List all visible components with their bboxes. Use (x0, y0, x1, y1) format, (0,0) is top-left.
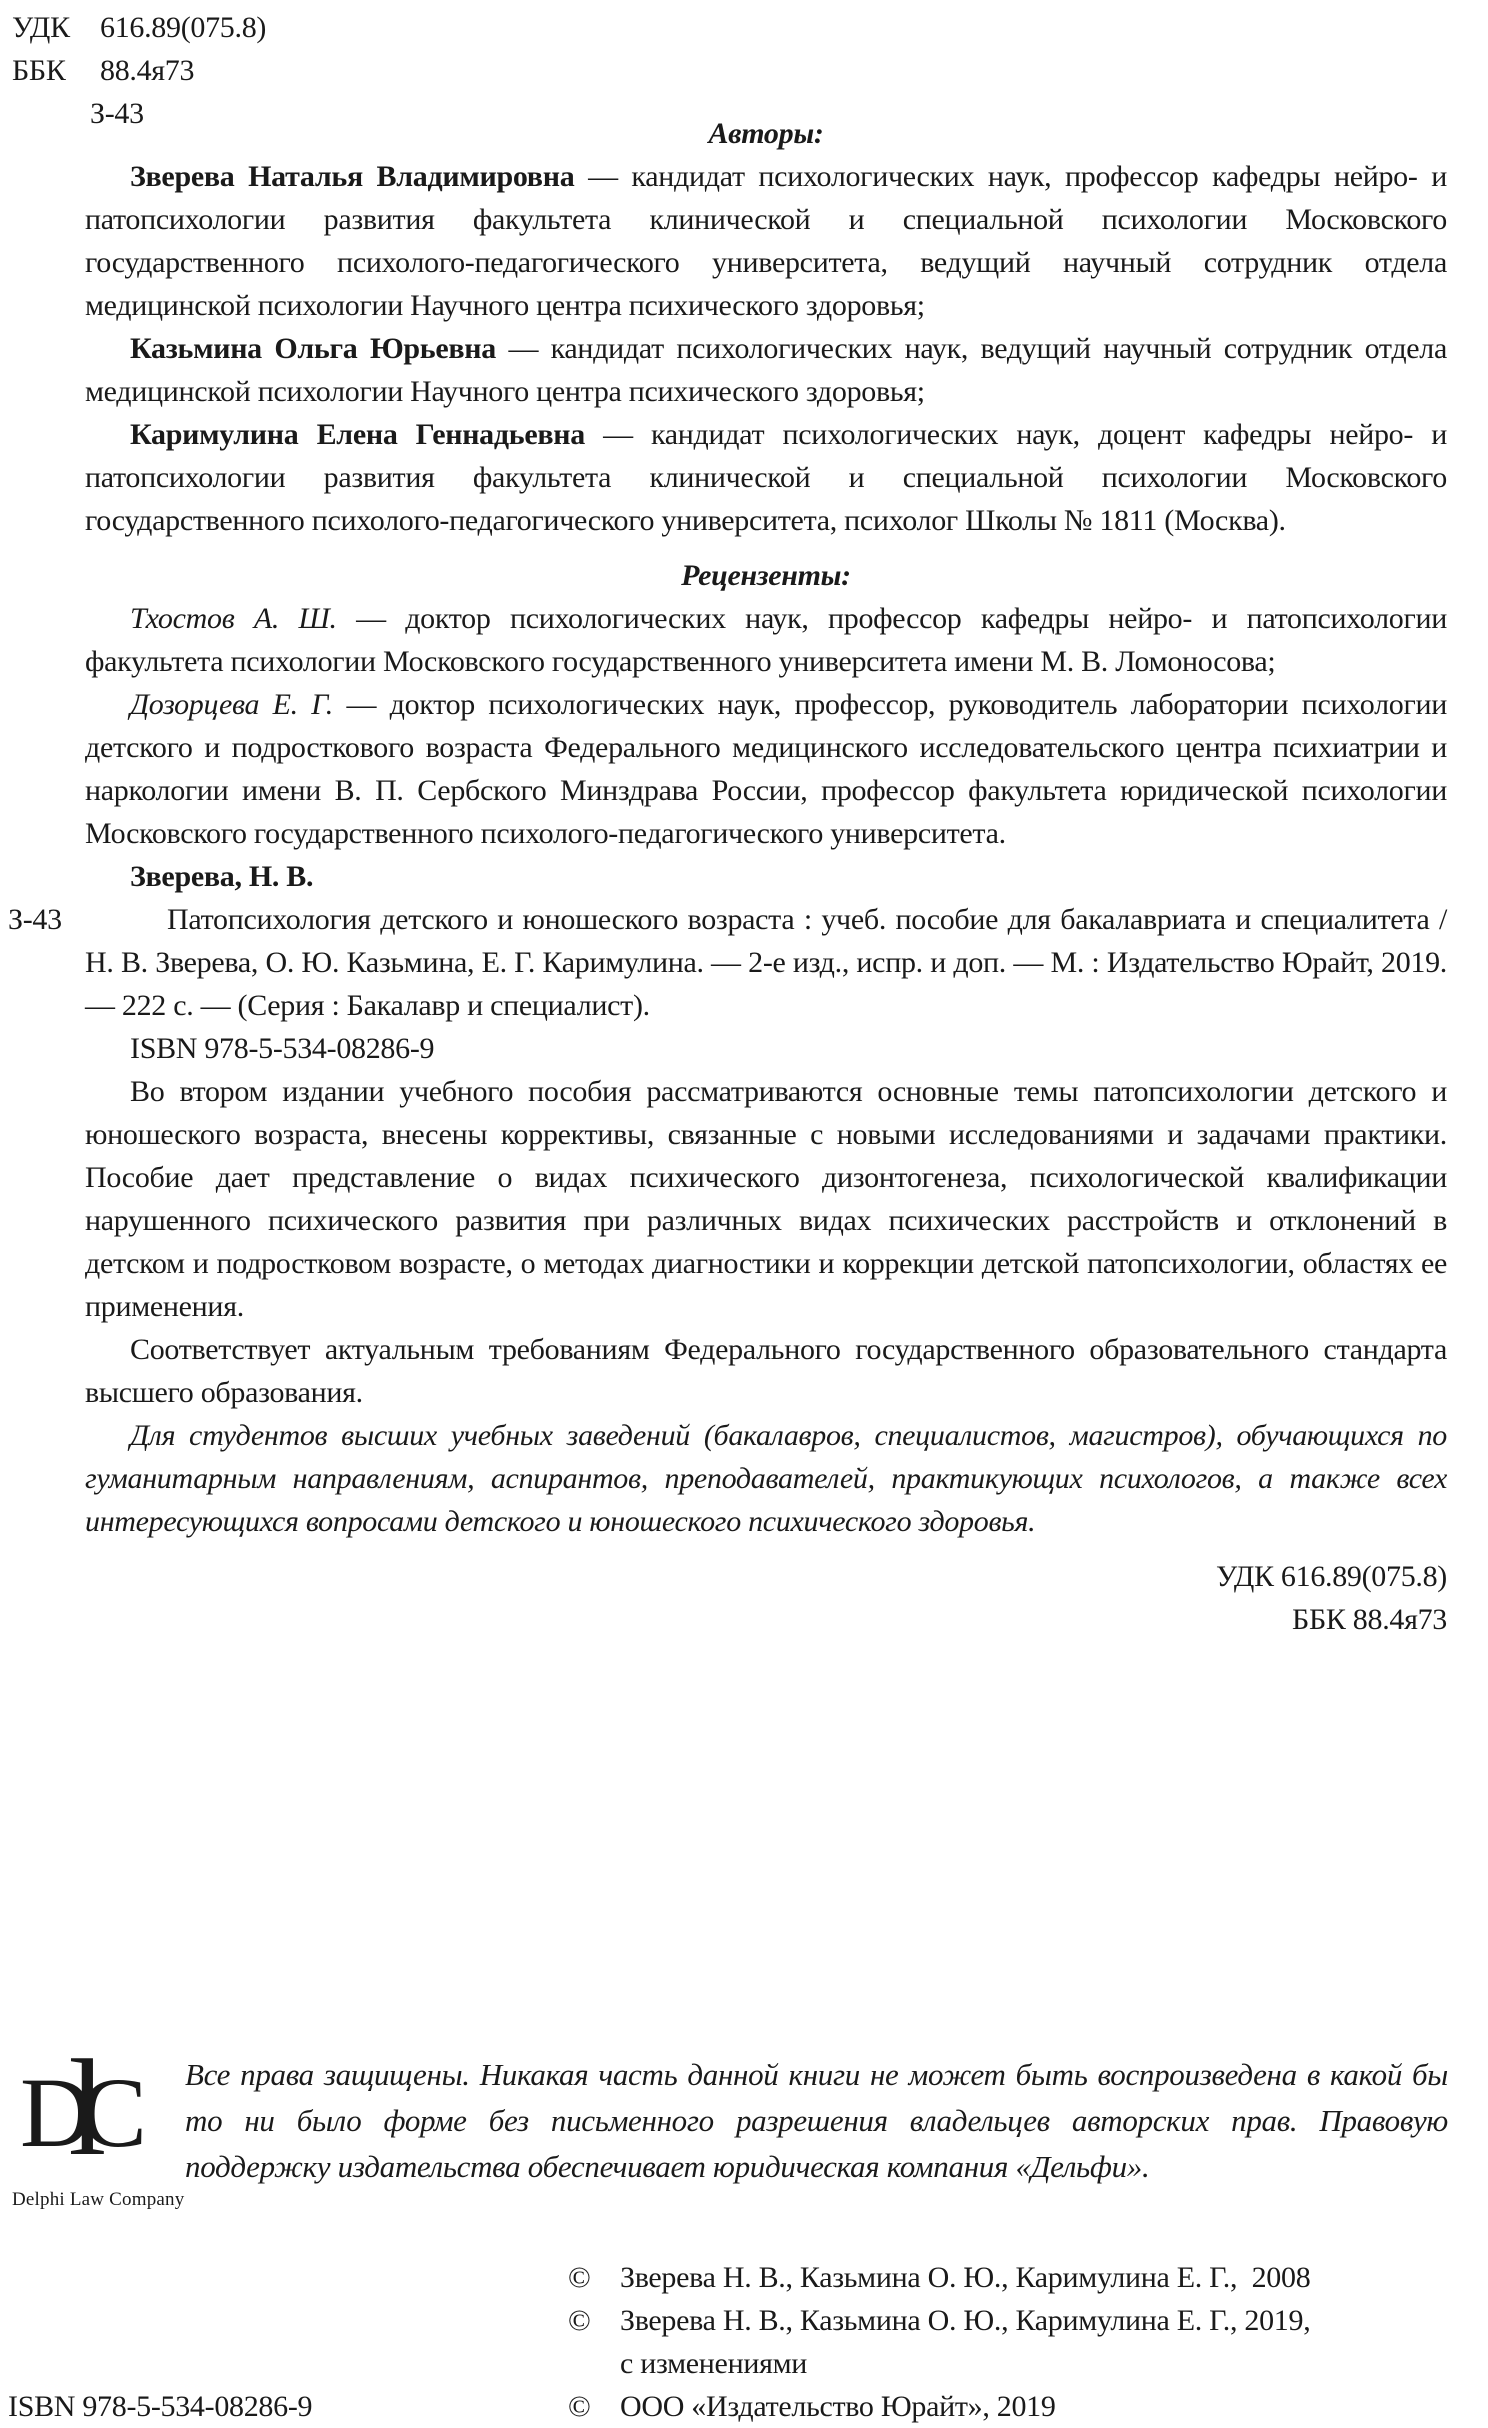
rights-notice-block: DlC Delphi Law Company Все права защищен… (12, 2038, 1448, 2211)
book-imprint-page: УДК 616.89(075.8) ББК 88.4я73 З-43 Автор… (0, 0, 1488, 2428)
annotation-paragraph-1: Во втором издании учебного пособия рассм… (85, 1070, 1447, 1328)
author-name-2: Казьмина Ольга Юрьевна (130, 332, 496, 365)
catalog-author-heading: Зверева, Н. В. (85, 855, 1447, 898)
copyright-text-1: Зверева Н. В., Казьмина О. Ю., Каримулин… (620, 2256, 1310, 2299)
copyright-symbol-2: © (568, 2299, 620, 2342)
copyright-line-1: © Зверева Н. В., Казьмина О. Ю., Каримул… (568, 2256, 1310, 2299)
copyright-text-3: с изменениями (620, 2342, 807, 2385)
copyright-text-2: Зверева Н. В., Казьмина О. Ю., Каримулин… (620, 2299, 1310, 2342)
copyright-line-2: © Зверева Н. В., Казьмина О. Ю., Каримул… (568, 2299, 1310, 2342)
catalog-record-text: Патопсихология детского и юношеского воз… (85, 903, 1447, 1022)
isbn-bottom: ISBN 978-5-534-08286-9 (8, 2385, 312, 2428)
reviewer-name-2: Дозорцева Е. Г. (130, 688, 333, 721)
author-entry-1: Зверева Наталья Владимировна — кандидат … (85, 155, 1447, 327)
annotation-paragraph-2: Соответствует актуальным требованиям Фед… (85, 1328, 1447, 1414)
bbk-code-row: ББК 88.4я73 (12, 49, 266, 92)
udk-label: УДК (12, 6, 100, 49)
catalog-record: З-43 Патопсихология детского и юношеског… (85, 898, 1447, 1027)
reviewer-entry-1: Тхостов А. Ш. — доктор психологических н… (85, 597, 1447, 683)
main-text-column: Авторы: Зверева Наталья Владимировна — к… (85, 112, 1447, 1641)
copyright-block: © Зверева Н. В., Казьмина О. Ю., Каримул… (568, 2256, 1310, 2428)
catalog-codes-bottom: УДК 616.89(075.8) ББК 88.4я73 (85, 1555, 1447, 1641)
reviewer-name-1: Тхостов А. Ш. (130, 602, 337, 635)
logo-letter-l: l (68, 2031, 106, 2184)
reviewer-entry-2: Дозорцева Е. Г. — доктор психологических… (85, 683, 1447, 855)
annotation-paragraph-3: Для студентов высших учебных заведений (… (85, 1414, 1447, 1543)
udk-value: 616.89(075.8) (100, 6, 266, 49)
reviewers-heading: Рецензенты: (85, 554, 1447, 597)
author-entry-3: Каримулина Елена Геннадьевна — кандидат … (85, 413, 1447, 542)
bbk-code-bottom: ББК 88.4я73 (85, 1598, 1447, 1641)
author-name-1: Зверева Наталья Владимировна (130, 160, 574, 193)
udk-code-bottom: УДК 616.89(075.8) (85, 1555, 1447, 1598)
delphi-logo-caption: Delphi Law Company (12, 2189, 185, 2211)
copyright-line-4: © ООО «Издательство Юрайт», 2019 (568, 2385, 1310, 2428)
copyright-symbol-3 (568, 2342, 620, 2385)
margin-author-sign: З-43 (8, 898, 62, 941)
isbn-line: ISBN 978-5-534-08286-9 (85, 1027, 1447, 1070)
author-entry-2: Казьмина Ольга Юрьевна — кандидат психол… (85, 327, 1447, 413)
copyright-text-4: ООО «Издательство Юрайт», 2019 (620, 2385, 1056, 2428)
author-name-3: Каримулина Елена Геннадьевна (130, 418, 585, 451)
copyright-line-3: с изменениями (568, 2342, 1310, 2385)
authors-heading: Авторы: (85, 112, 1447, 155)
bbk-value: 88.4я73 (100, 49, 194, 92)
delphi-law-company-logo: DlC Delphi Law Company (12, 2038, 185, 2211)
bbk-label: ББК (12, 49, 100, 92)
copyright-symbol-4: © (568, 2385, 620, 2428)
copyright-symbol-1: © (568, 2256, 620, 2299)
udk-code-row: УДК 616.89(075.8) (12, 6, 266, 49)
delphi-logo-letters: DlC (12, 2038, 185, 2187)
rights-notice-text: Все права защищены. Никакая часть данной… (185, 2038, 1448, 2211)
